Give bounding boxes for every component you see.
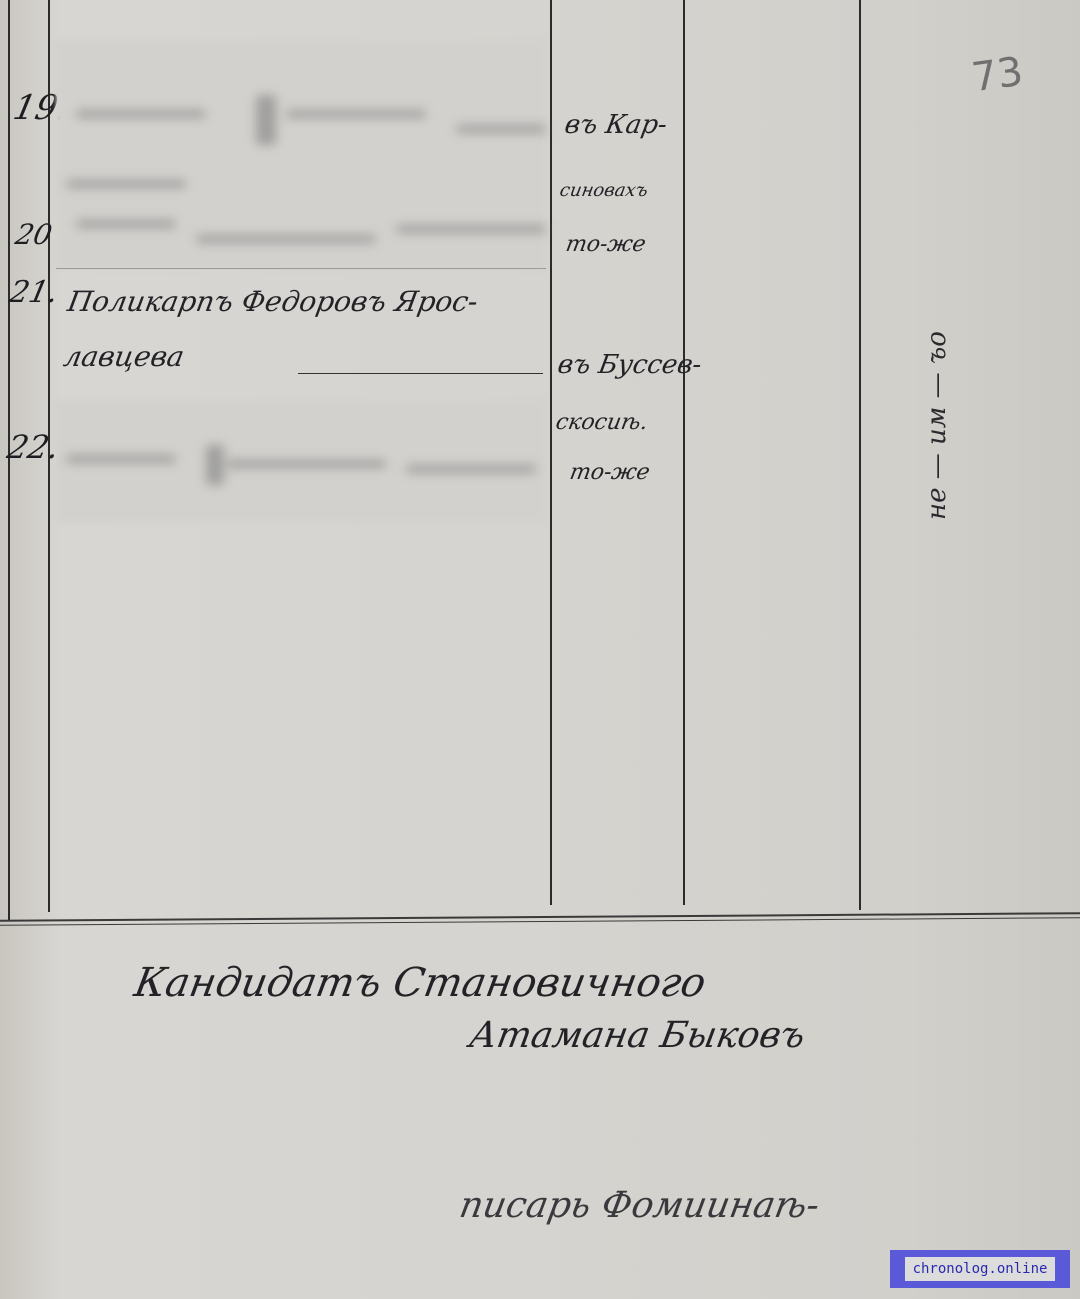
watermark-badge: chronolog.online xyxy=(890,1250,1070,1288)
row-divider-20 xyxy=(56,268,546,269)
name-21-line2: лавцева xyxy=(61,340,187,373)
name-21-underline xyxy=(298,373,543,374)
place-20: то-же xyxy=(564,232,648,257)
place-19-line2: синовахъ xyxy=(558,180,649,201)
footer-line2: Атамана Быковъ xyxy=(466,1015,808,1056)
redacted-name-22 xyxy=(56,400,546,522)
row-number-21: 21. xyxy=(6,275,61,310)
column-rule-name xyxy=(550,0,552,905)
side-note-vertical: не — им — ъо xyxy=(922,331,952,520)
place-19-line1: въ Кар- xyxy=(562,110,669,140)
row-number-20: 20 xyxy=(12,218,55,251)
place-21-line2: скосиѣ. xyxy=(554,410,650,435)
footer-line1: Кандидатъ Становичного xyxy=(131,960,709,1006)
name-21-line1: Поликарпъ Федоровъ Ярос- xyxy=(65,285,480,318)
row-number-22: 22. xyxy=(4,428,63,466)
page-number: 73 xyxy=(969,49,1026,102)
clerk-signature: писарь Фомиинаѣ- xyxy=(456,1185,822,1226)
column-rule-notes xyxy=(859,0,861,910)
watermark-text: chronolog.online xyxy=(905,1257,1056,1281)
register-page: 19. въ Кар- синовахъ 20 то-же 21. Полика… xyxy=(0,0,1080,1299)
column-rule-place xyxy=(683,0,685,905)
place-22: то-же xyxy=(568,460,652,485)
redacted-name-19-20 xyxy=(56,40,546,270)
place-21-line1: въ Буссев- xyxy=(555,350,704,380)
